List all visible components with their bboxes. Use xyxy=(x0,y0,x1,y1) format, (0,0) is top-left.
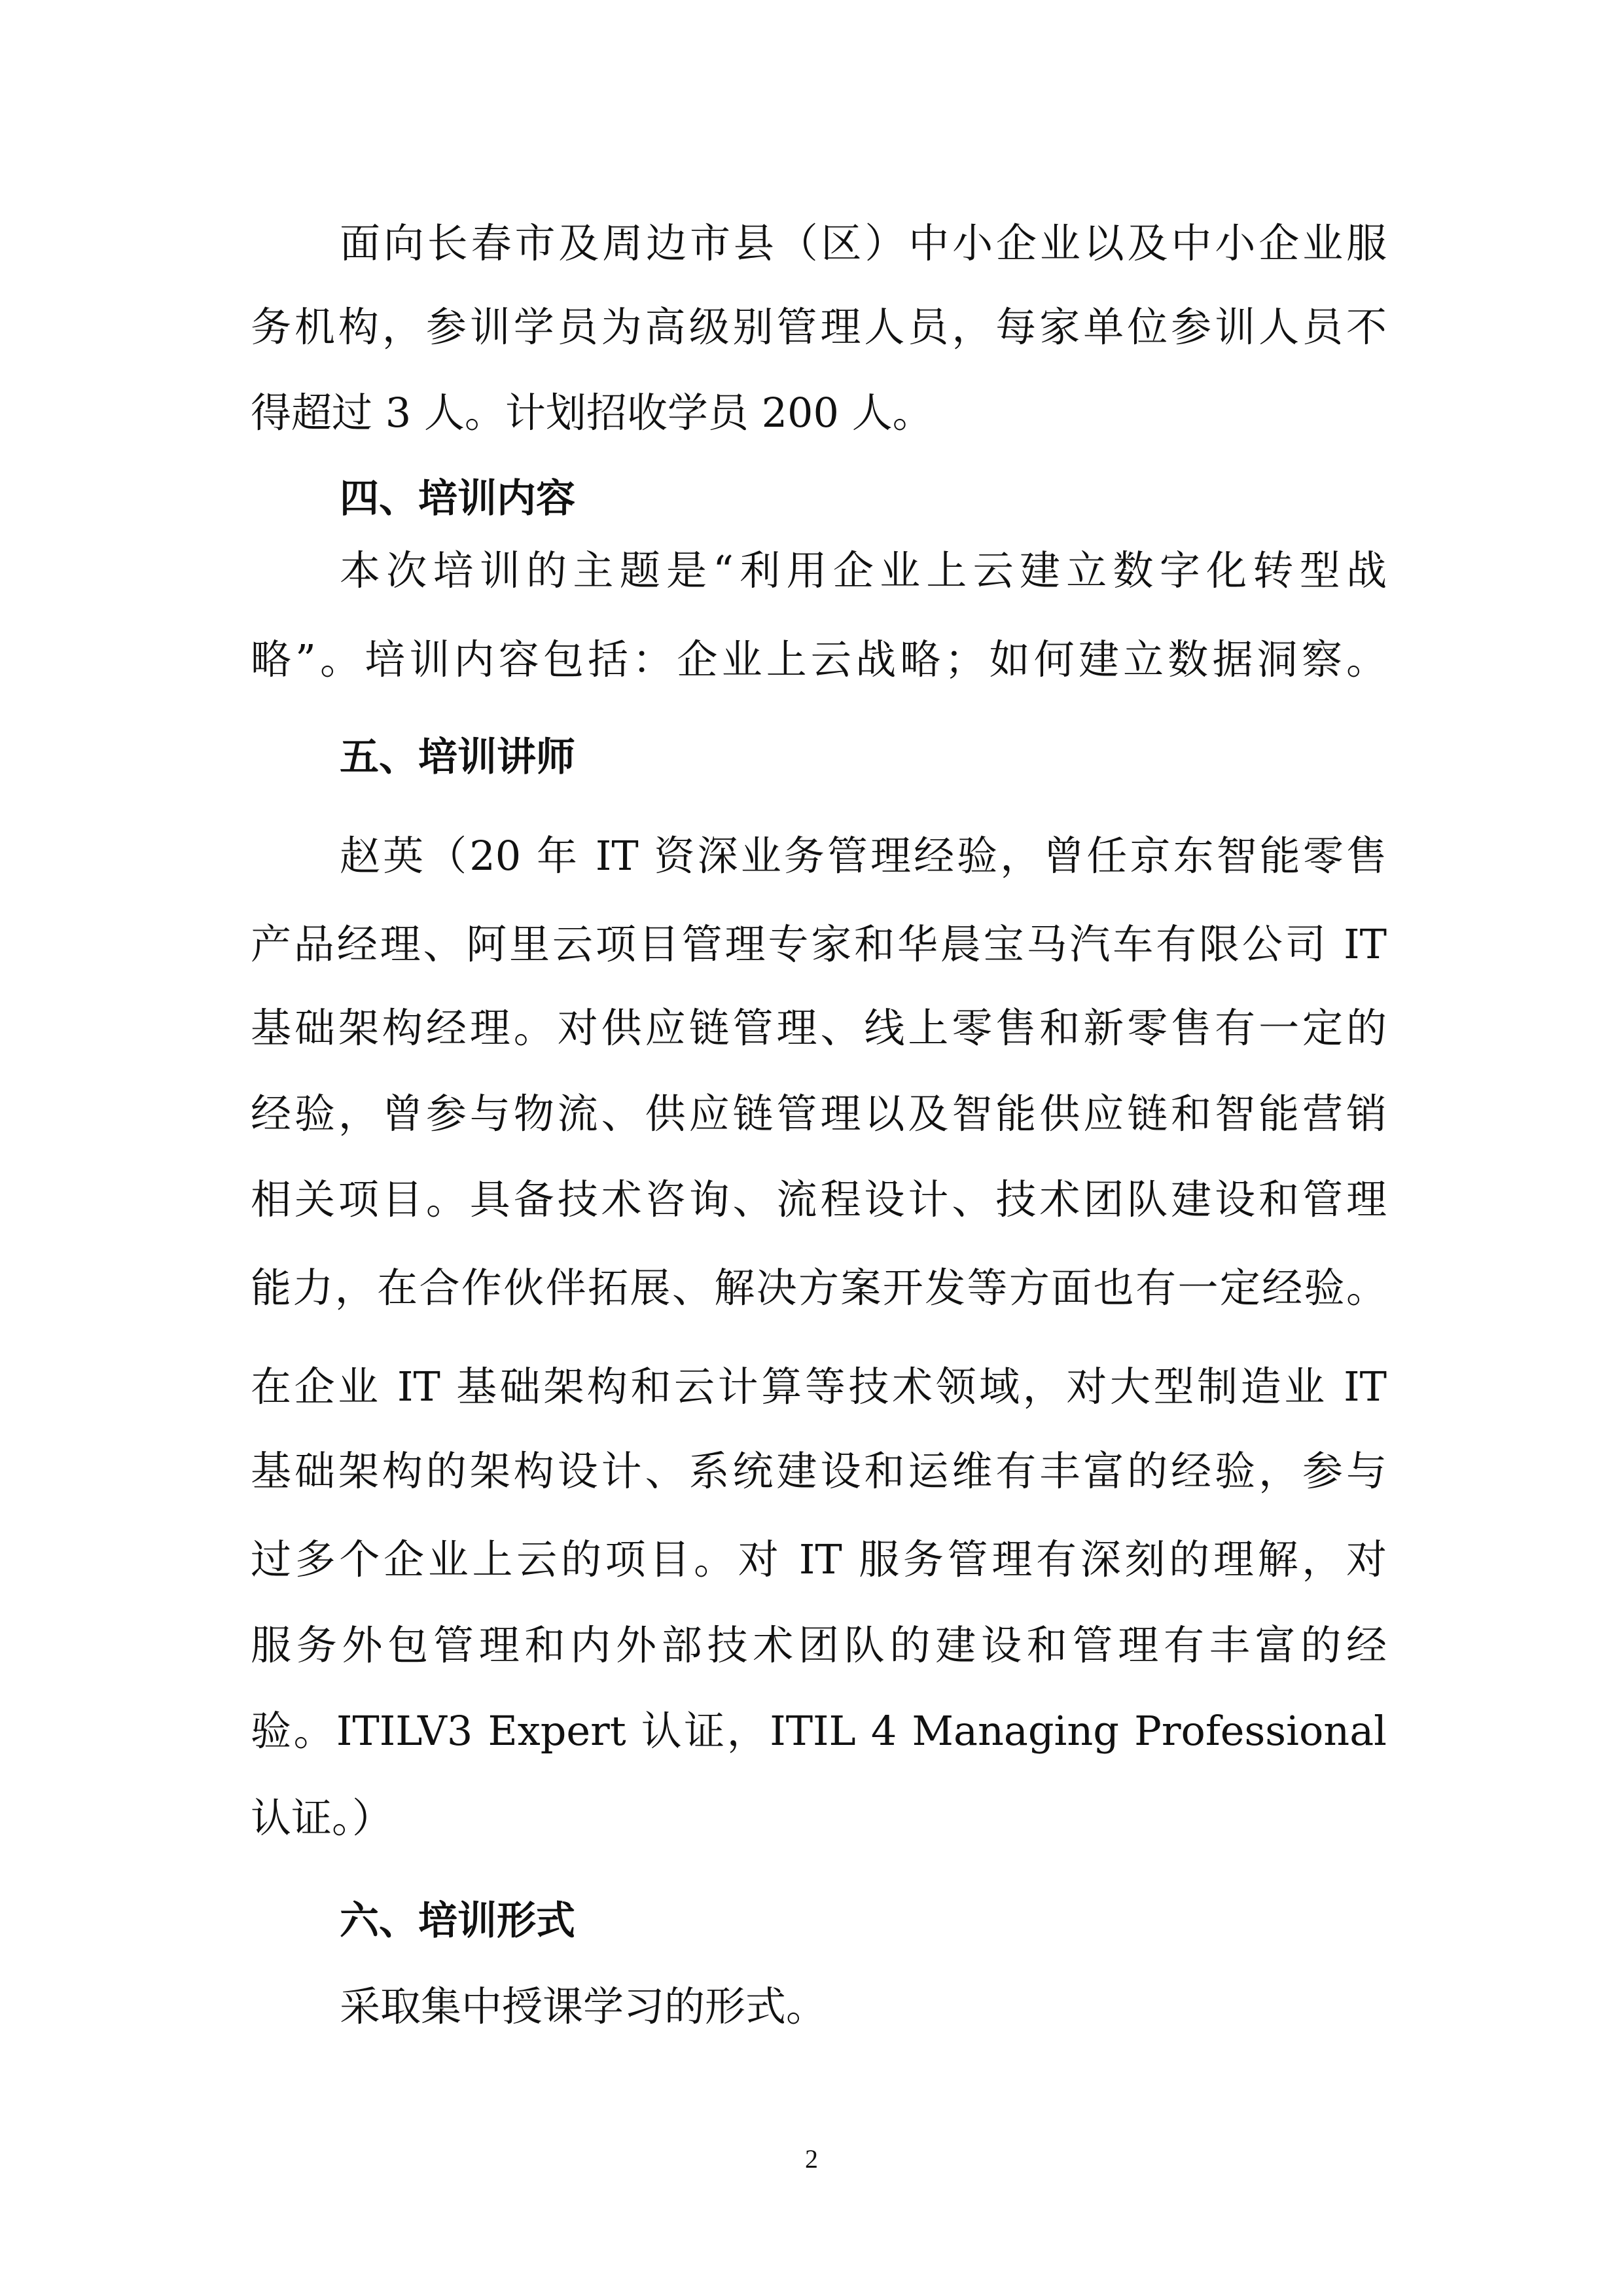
paragraph-line: 采取集中授课学习的形式。 xyxy=(340,1981,1387,2033)
paragraph-line: 能力，在合作伙伴拓展、解决方案开发等方面也有一定经验。 xyxy=(251,1262,1387,1314)
section-heading-format: 六、培训形式 xyxy=(340,1895,575,1947)
paragraph-line: 服务外包管理和内外部技术团队的建设和管理有丰富的经 xyxy=(251,1619,1387,1672)
paragraph-line: 在企业 IT 基础架构和云计算等技术领域，对大型制造业 IT xyxy=(251,1361,1387,1413)
section-heading-lecturer: 五、培训讲师 xyxy=(340,731,575,783)
paragraph-line: 认证。） xyxy=(251,1792,1387,1844)
paragraph-line: 务机构，参训学员为高级别管理人员，每家单位参训人员不 xyxy=(251,301,1387,353)
paragraph-line: 产品经理、阿里云项目管理专家和华晨宝马汽车有限公司 IT xyxy=(251,918,1387,971)
paragraph-line: 本次培训的主题是“利用企业上云建立数字化转型战 xyxy=(340,545,1387,597)
paragraph-line: 过多个企业上云的项目。对 IT 服务管理有深刻的理解，对 xyxy=(251,1534,1387,1586)
paragraph-line: 相关项目。具备技术咨询、流程设计、技术团队建设和管理 xyxy=(251,1174,1387,1226)
paragraph-line: 基础架构的架构设计、系统建设和运维有丰富的经验，参与 xyxy=(251,1445,1387,1498)
document-page: 面向长春市及周边市县（区）中小企业以及中小企业服 务机构，参训学员为高级别管理人… xyxy=(0,0,1623,2296)
paragraph-line: 得超过 3 人。计划招收学员 200 人。 xyxy=(251,387,1387,439)
paragraph-line: 略”。培训内容包括：企业上云战略；如何建立数据洞察。 xyxy=(251,634,1387,686)
page-number: 2 xyxy=(0,2144,1623,2174)
paragraph-line: 赵英（20 年 IT 资深业务管理经验，曾任京东智能零售 xyxy=(340,830,1387,882)
paragraph-line: 经验，曾参与物流、供应链管理以及智能供应链和智能营销 xyxy=(251,1088,1387,1140)
paragraph-line: 面向长春市及周边市县（区）中小企业以及中小企业服 xyxy=(340,217,1387,270)
paragraph-line: 基础架构经理。对供应链管理、线上零售和新零售有一定的 xyxy=(251,1002,1387,1054)
paragraph-line: 验。ITILV3 Expert 认证，ITIL 4 Managing Profe… xyxy=(251,1705,1387,1757)
section-heading-content: 四、培训内容 xyxy=(340,473,575,525)
